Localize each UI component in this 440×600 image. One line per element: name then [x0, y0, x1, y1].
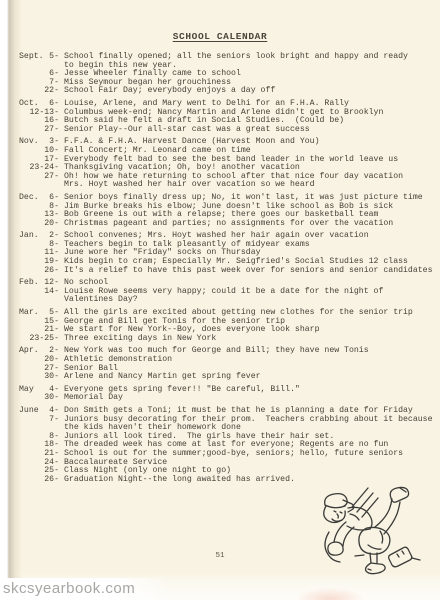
entry-text-line: Graduation Night--the long awaited has a… — [64, 476, 295, 485]
entry-date: 27- — [44, 125, 59, 134]
calendar-entry: 26-It's a relief to have this past week … — [19, 267, 440, 276]
entry-date-column: 27- — [19, 173, 59, 190]
entry-text: Senior Play--Our all-star cast was a gre… — [59, 126, 310, 135]
entry-date: 26- — [44, 475, 59, 484]
entry-text: Juniors busy decorating for their prom. … — [59, 416, 433, 433]
entry-text: Christmas pageant and parties; no assign… — [59, 220, 393, 229]
calendar-entry: Sept.5-School finally opened; all the se… — [19, 53, 440, 70]
entry-text-line: Mrs. Hoyt washed her hair over vacation … — [64, 181, 403, 190]
entry-text: It's a relief to have this past week ove… — [59, 267, 433, 276]
month-label: Mar. — [19, 309, 39, 318]
entry-date-column: 20- — [19, 220, 59, 229]
entry-text-line: School Fair Day; everybody enjoys a day … — [64, 87, 275, 96]
entry-text-line: Senior Play--Our all-star cast was a gre… — [64, 126, 310, 135]
entry-date: 26- — [44, 266, 59, 275]
entry-date-column: 26- — [19, 476, 59, 485]
entry-text-line: Three exciting days in New York — [64, 335, 216, 344]
entry-text: School Fair Day; everybody enjoys a day … — [59, 87, 275, 96]
month-label: Nov. — [19, 138, 39, 147]
entry-text-line: Arlene and Nancy Martin get spring fever — [64, 373, 261, 382]
month-label: Dec. — [19, 194, 39, 203]
entry-date-column: 27- — [19, 126, 59, 135]
page-title: SCHOOL CALENDAR — [0, 31, 440, 42]
calendar-entry: 30-Arlene and Nancy Martin get spring fe… — [19, 373, 440, 382]
entry-date-column: 14- — [19, 288, 59, 305]
entry-date-column: 30- — [19, 373, 59, 382]
calendar-entry: 20-Christmas pageant and parties; no ass… — [19, 220, 440, 229]
calendar-list: Sept.5-School finally opened; all the se… — [0, 53, 440, 484]
entry-date: 14- — [44, 287, 59, 296]
entry-date-column: 7- — [19, 416, 59, 433]
entry-text-line: Christmas pageant and parties; no assign… — [64, 220, 393, 229]
entry-date: 30- — [44, 372, 59, 381]
calendar-entry: 27-Senior Play--Our all-star cast was a … — [19, 126, 440, 135]
calendar-entry: 27-Oh! how we hate returning to school a… — [19, 173, 440, 190]
entry-text: Graduation Night--the long awaited has a… — [59, 476, 295, 485]
entry-text: Memorial Day — [59, 394, 123, 403]
month-label: May — [19, 386, 34, 395]
entry-text: Oh! how we hate returning to school afte… — [59, 173, 403, 190]
entry-date: 23-25- — [30, 334, 59, 343]
month-label: Apr. — [19, 347, 39, 356]
entry-date: 30- — [44, 393, 59, 402]
month-label: Sept. — [19, 53, 44, 62]
entry-text-line: It's a relief to have this past week ove… — [64, 267, 433, 276]
entry-date-column: Sept.5- — [19, 53, 59, 70]
tumbling-student-illustration — [288, 474, 438, 586]
entry-date-column: 30- — [19, 394, 59, 403]
calendar-entry: 14-Louise Rowe seems very happy; could i… — [19, 288, 440, 305]
entry-text: Louise Rowe seems very happy; could it b… — [59, 288, 383, 305]
yearbook-page: SCHOOL CALENDAR Sept.5-School finally op… — [0, 0, 440, 600]
entry-date: 7- — [49, 415, 59, 424]
entry-date-column: 22- — [19, 87, 59, 96]
month-label: Feb. — [19, 279, 39, 288]
entry-date: 5- — [49, 52, 59, 61]
page-number: 51 — [0, 552, 440, 560]
entry-text: Three exciting days in New York — [59, 335, 216, 344]
motion-lines-icon — [352, 488, 378, 517]
calendar-entry: 30-Memorial Day — [19, 394, 440, 403]
month-label: Jan. — [19, 232, 39, 241]
calendar-entry: 7-Juniors busy decorating for their prom… — [19, 416, 440, 433]
entry-text-line: Valentines Day? — [64, 296, 383, 305]
entry-text: Arlene and Nancy Martin get spring fever — [59, 373, 261, 382]
calendar-entry: 22-School Fair Day; everybody enjoys a d… — [19, 87, 440, 96]
entry-date-column: 26- — [19, 267, 59, 276]
entry-date: 20- — [44, 219, 59, 228]
entry-date-column: 23-25- — [19, 335, 59, 344]
entry-text-line: Memorial Day — [64, 394, 123, 403]
entry-text: School finally opened; all the seniors l… — [59, 53, 408, 70]
month-label: June — [19, 407, 39, 416]
watermark-text: skcsyearbook.com — [3, 580, 135, 597]
entry-date: 27- — [44, 172, 59, 181]
entry-date: 22- — [44, 86, 59, 95]
calendar-entry: 23-25-Three exciting days in New York — [19, 335, 440, 344]
